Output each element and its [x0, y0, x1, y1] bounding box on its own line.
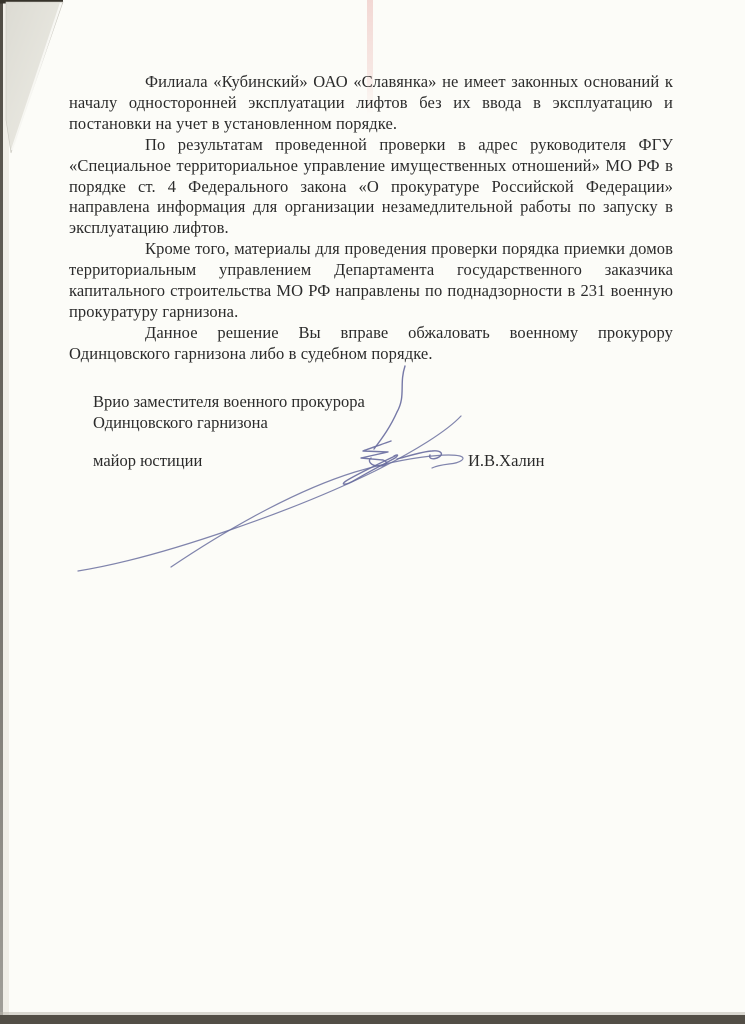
- left-edge-shadow: [0, 0, 3, 1024]
- paragraph-4: Данное решение Вы вправе обжаловать воен…: [69, 323, 673, 365]
- fold-highlight: [12, 3, 61, 150]
- paragraph-1: Филиала «Кубинский» ОАО «Славянка» не им…: [69, 72, 673, 135]
- signer-position: Врио заместителя военного прокурора Один…: [93, 392, 365, 433]
- bottom-edge-shadow: [0, 1015, 745, 1024]
- paragraph-3: Кроме того, материалы для проведения про…: [69, 239, 673, 323]
- signer-rank: майор юстиции: [93, 451, 202, 472]
- letter-body: Филиала «Кубинский» ОАО «Славянка» не им…: [69, 72, 673, 365]
- signer-position-line1: Врио заместителя военного прокурора: [93, 392, 365, 413]
- paragraph-2: По результатам проведенной проверки в ад…: [69, 135, 673, 240]
- signer-position-line2: Одинцовского гарнизона: [93, 413, 365, 434]
- scanned-letter-page: Филиала «Кубинский» ОАО «Славянка» не им…: [0, 0, 745, 1024]
- folded-corner: [6, 2, 63, 153]
- signer-name: И.В.Халин: [468, 451, 544, 472]
- top-edge-shadow: [0, 0, 63, 4]
- left-edge-strip: [3, 0, 9, 1024]
- bottom-edge-strip: [0, 1012, 745, 1015]
